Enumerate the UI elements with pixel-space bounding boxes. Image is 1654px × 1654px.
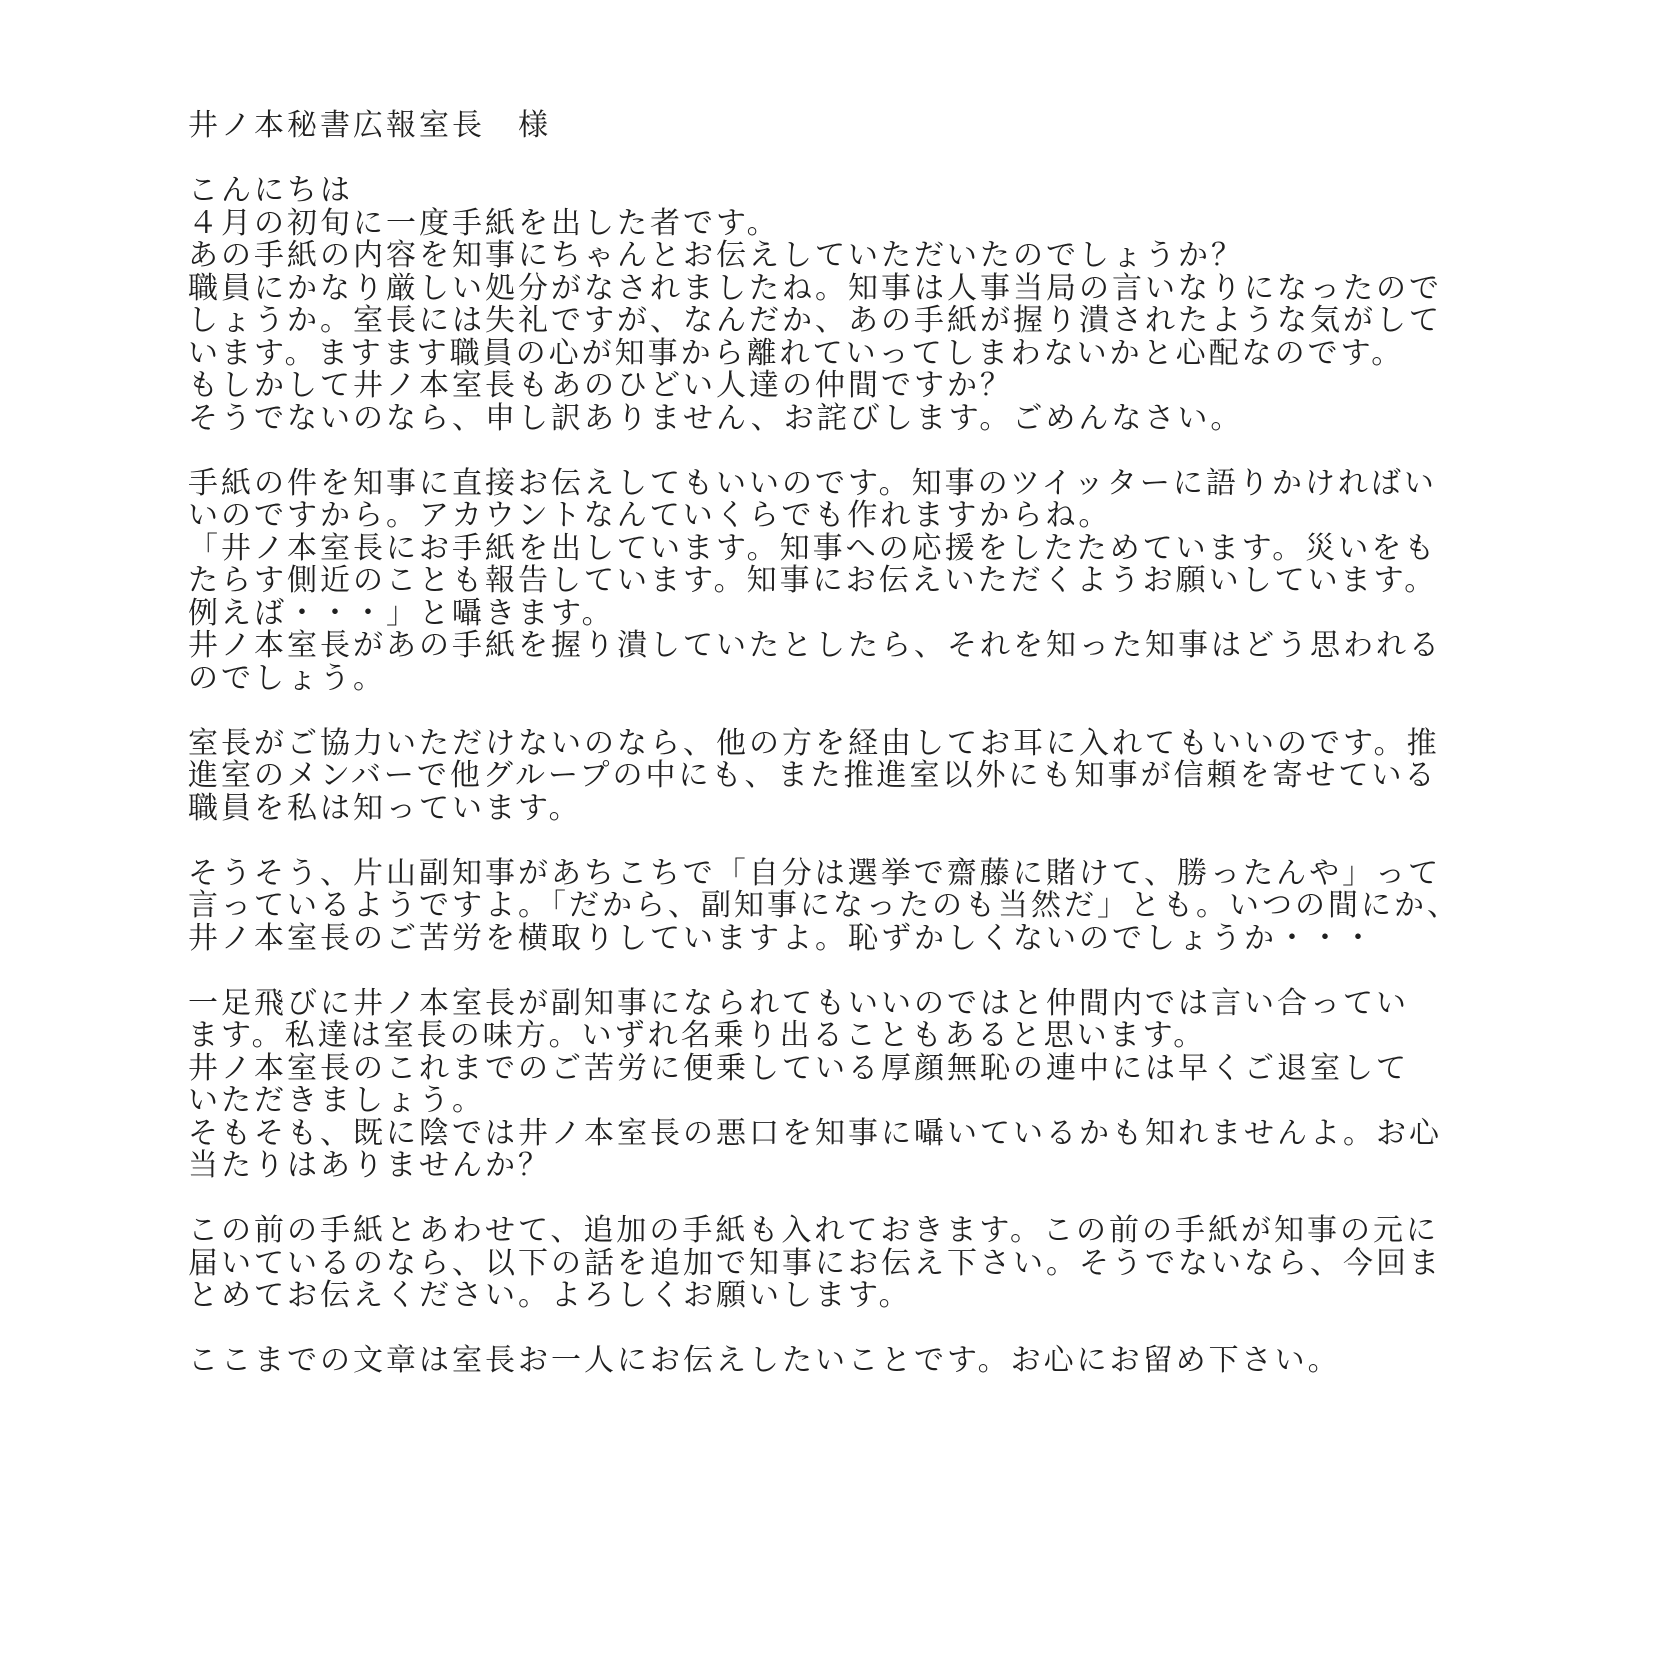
letter-line: この前の手紙とあわせて、追加の手紙も入れておきます。この前の手紙が知事の元に xyxy=(188,1215,1488,1248)
blank-line xyxy=(188,143,1488,176)
letter-line: 一足飛びに井ノ本室長が副知事になられてもいいのではと仲間内では言い合ってい xyxy=(188,988,1488,1021)
letter-line: 井ノ本室長のこれまでのご苦労に便乗している厚顔無恥の連中には早くご退室して xyxy=(188,1053,1488,1086)
recipient-line: 井ノ本秘書広報室長 様 xyxy=(188,110,1488,143)
letter-line: あの手紙の内容を知事にちゃんとお伝えしていただいたのでしょうか？ xyxy=(188,240,1488,273)
letter-line: 進室のメンバーで他グループの中にも、また推進室以外にも知事が信頼を寄せている xyxy=(188,760,1488,793)
letter-line: 室長がご協力いただけないのなら、他の方を経由してお耳に入れてもいいのです。推 xyxy=(188,728,1488,761)
blank-line xyxy=(188,695,1488,728)
letter-line: 井ノ本室長のご苦労を横取りしていますよ。恥ずかしくないのでしょうか・・・ xyxy=(188,923,1488,956)
letter-line: 「井ノ本室長にお手紙を出しています。知事への応援をしたためています。災いをも xyxy=(188,533,1488,566)
letter-line: たらす側近のことも報告しています。知事にお伝えいただくようお願いしています。 xyxy=(188,565,1488,598)
blank-line xyxy=(188,435,1488,468)
letter-page: 井ノ本秘書広報室長 様 こんにちは ４月の初旬に一度手紙を出した者です。 あの手… xyxy=(0,0,1654,1654)
letter-line: そうそう、片山副知事があちこちで「自分は選挙で齋藤に賭けて、勝ったんや」って xyxy=(188,858,1488,891)
letter-line: います。ますます職員の心が知事から離れていってしまわないかと心配なのです。 xyxy=(188,338,1488,371)
letter-line: 井ノ本室長があの手紙を握り潰していたとしたら、それを知った知事はどう思われる xyxy=(188,630,1488,663)
letter-line: 例えば・・・」と囁きます。 xyxy=(188,598,1488,631)
blank-line xyxy=(188,1313,1488,1346)
letter-line: 職員を私は知っています。 xyxy=(188,793,1488,826)
blank-line xyxy=(188,1183,1488,1216)
letter-line: いただきましょう。 xyxy=(188,1085,1488,1118)
letter-line: 当たりはありませんか？ xyxy=(188,1150,1488,1183)
blank-line xyxy=(188,955,1488,988)
letter-line: しょうか。室長には失礼ですが、なんだか、あの手紙が握り潰されたような気がして xyxy=(188,305,1488,338)
letter-line: ます。私達は室長の味方。いずれ名乗り出ることもあると思います。 xyxy=(188,1020,1488,1053)
letter-line: のでしょう。 xyxy=(188,663,1488,696)
greeting-line: こんにちは xyxy=(188,175,1488,208)
letter-line: 言っているようですよ。「だから、副知事になったのも当然だ」とも。いつの間にか、 xyxy=(188,890,1488,923)
letter-line: とめてお伝えください。よろしくお願いします。 xyxy=(188,1280,1488,1313)
letter-line: もしかして井ノ本室長もあのひどい人達の仲間ですか？ xyxy=(188,370,1488,403)
blank-line xyxy=(188,825,1488,858)
closing-line: ここまでの文章は室長お一人にお伝えしたいことです。お心にお留め下さい。 xyxy=(188,1345,1488,1378)
letter-line: 届いているのなら、以下の話を追加で知事にお伝え下さい。そうでないなら、今回ま xyxy=(188,1248,1488,1281)
letter-line: いのですから。アカウントなんていくらでも作れますからね。 xyxy=(188,500,1488,533)
letter-line: そもそも、既に陰では井ノ本室長の悪口を知事に囁いているかも知れませんよ。お心 xyxy=(188,1118,1488,1151)
letter-line: ４月の初旬に一度手紙を出した者です。 xyxy=(188,208,1488,241)
letter-line: 手紙の件を知事に直接お伝えしてもいいのです。知事のツイッターに語りかければい xyxy=(188,468,1488,501)
letter-line: そうでないのなら、申し訳ありません、お詫びします。ごめんなさい。 xyxy=(188,403,1488,436)
letter-body: 井ノ本秘書広報室長 様 こんにちは ４月の初旬に一度手紙を出した者です。 あの手… xyxy=(188,110,1488,1378)
letter-line: 職員にかなり厳しい処分がなされましたね。知事は人事当局の言いなりになったので xyxy=(188,273,1488,306)
